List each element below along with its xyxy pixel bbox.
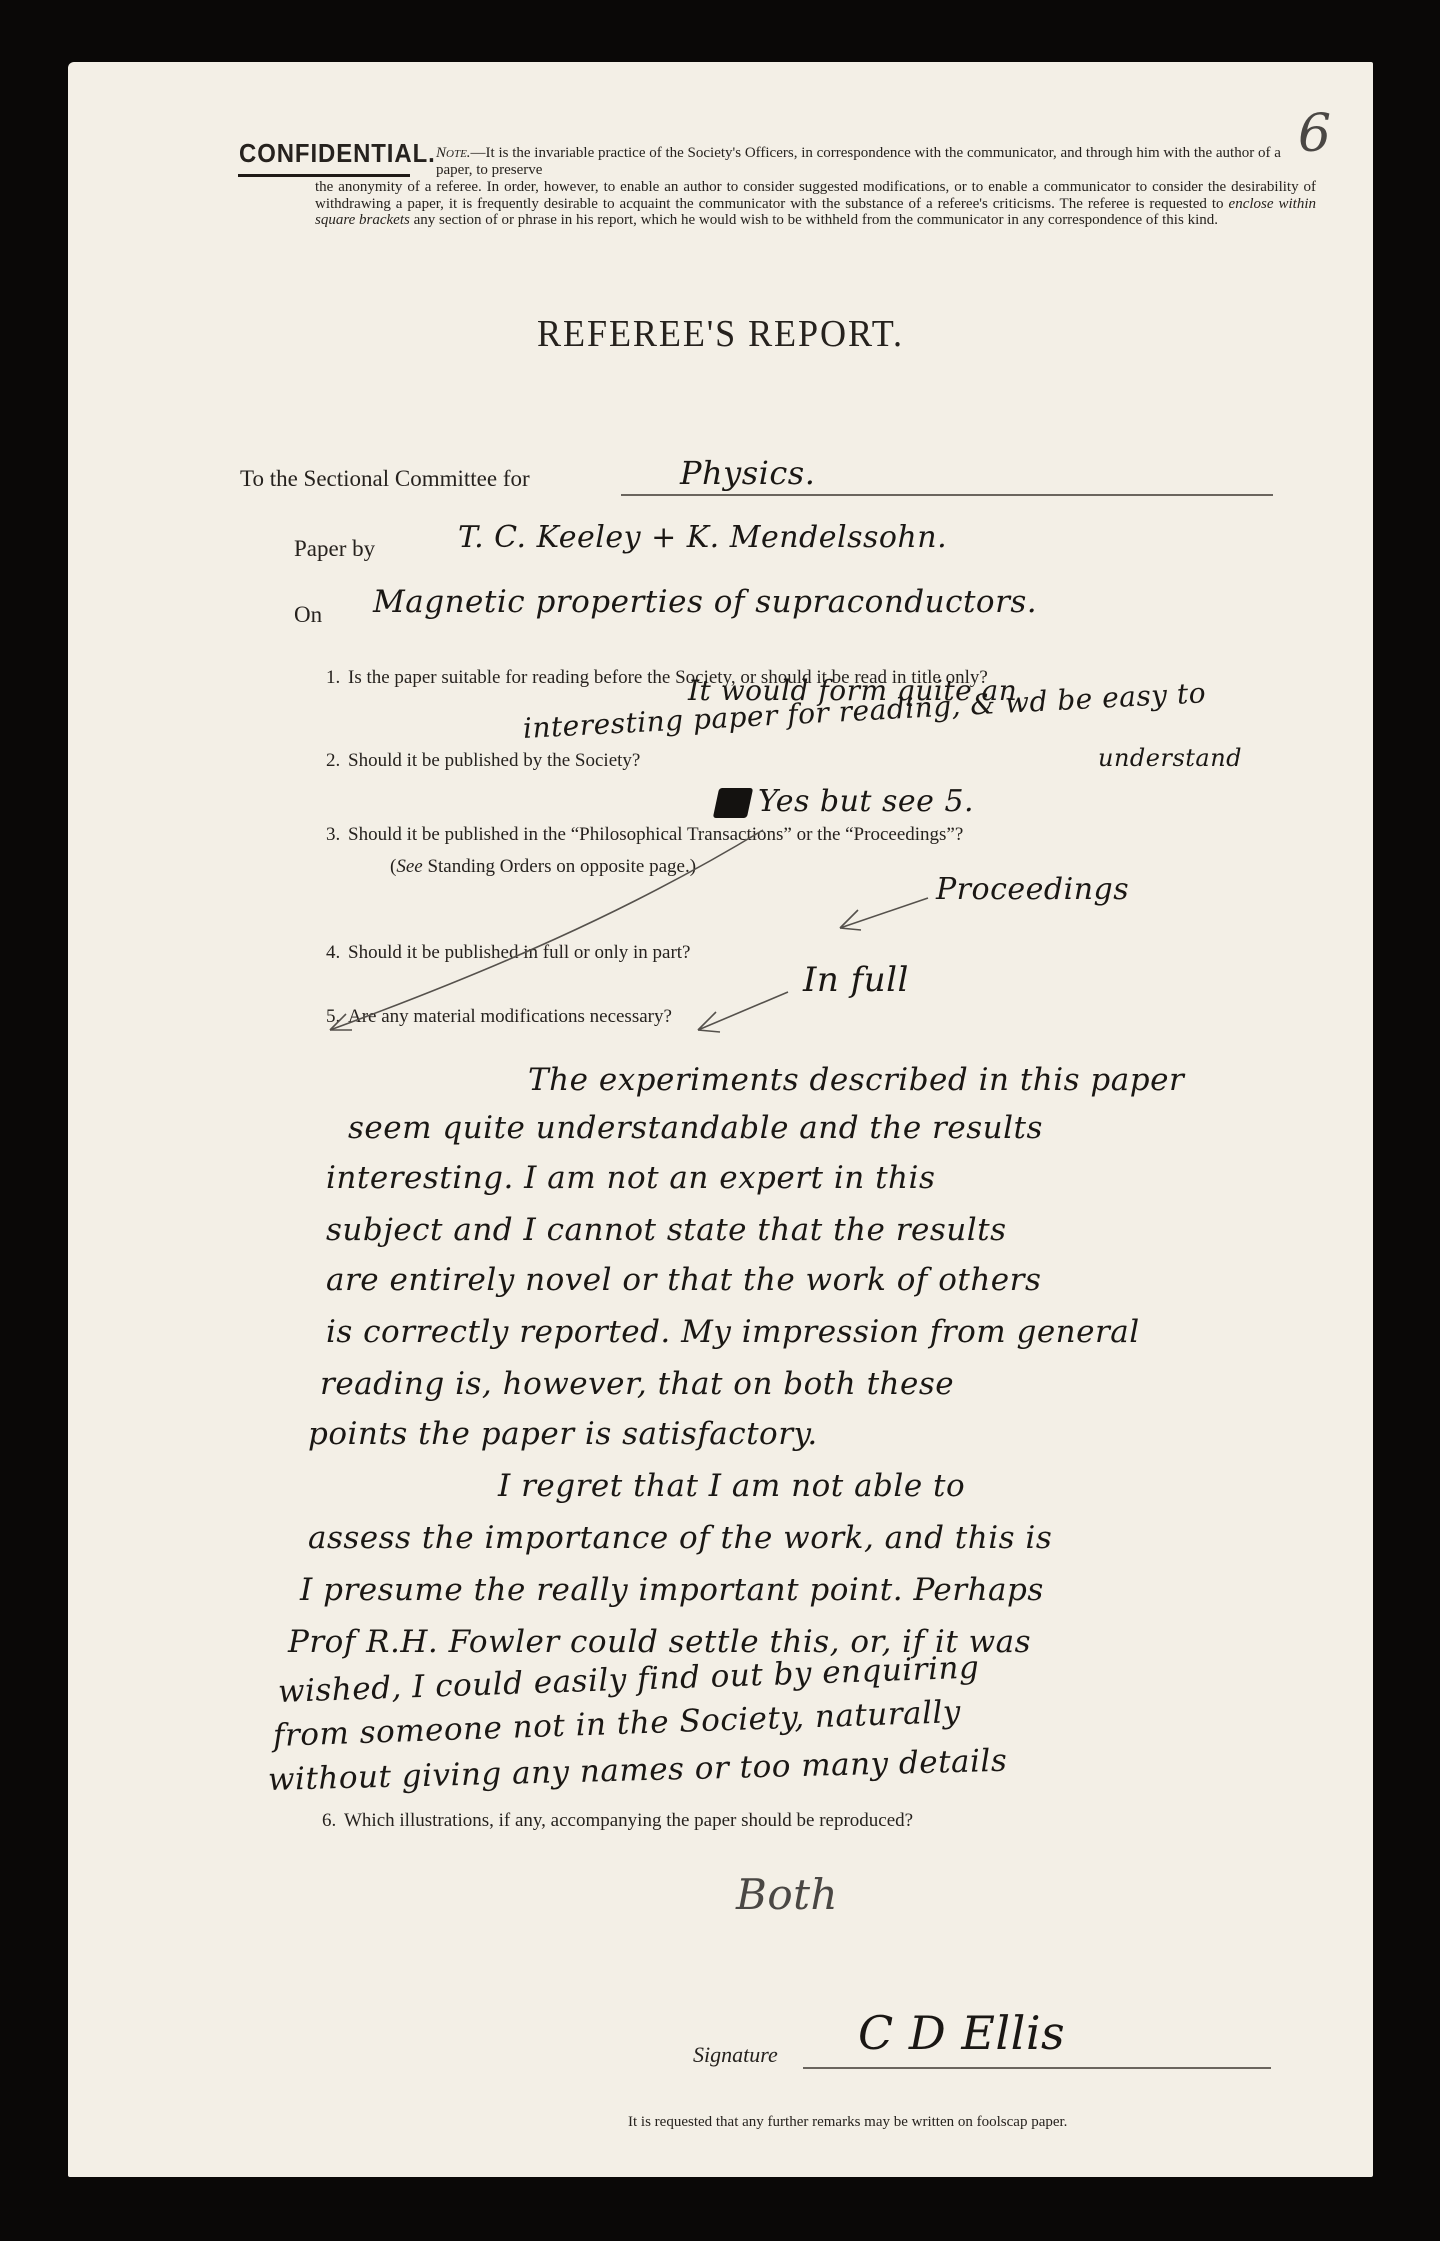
scribbled-out-word xyxy=(713,788,753,818)
question-3-note: (See Standing Orders on opposite page.) xyxy=(390,856,696,878)
answer-5-line-3: interesting. I am not an expert in this xyxy=(326,1160,935,1196)
question-5: 5.Are any material modifications necessa… xyxy=(326,1006,672,1028)
confidentiality-note-body: the anonymity of a referee. In order, ho… xyxy=(315,179,1316,229)
answer-6: Both xyxy=(736,1870,838,1919)
answer-3: Proceedings xyxy=(936,872,1129,907)
confidentiality-note-first: Note.—It is the invariable practice of t… xyxy=(436,145,1316,179)
referee-report-sheet: 6 CONFIDENTIAL. Note.—It is the invariab… xyxy=(68,62,1373,2177)
answer-5-line-9: I regret that I am not able to xyxy=(498,1468,965,1504)
signature-label: Signature xyxy=(693,2042,778,2068)
proceedings-arrow-line xyxy=(840,898,928,928)
committee-line xyxy=(621,494,1273,496)
answer-1-line-3: understand xyxy=(1098,744,1242,772)
signature-value: C D Ellis xyxy=(858,2006,1065,2060)
committee-label: To the Sectional Committee for xyxy=(240,466,530,492)
answer-5-line-7: reading is, however, that on both these xyxy=(320,1366,954,1402)
answer-5-line-4: subject and I cannot state that the resu… xyxy=(326,1212,1007,1248)
answer-5-line-6: is correctly reported. My impression fro… xyxy=(326,1314,1140,1350)
proceedings-arrow-head xyxy=(840,910,861,930)
answer-4: In full xyxy=(803,960,909,1000)
confidential-underline xyxy=(238,174,410,177)
answer-5-line-15: without giving any names or too many det… xyxy=(268,1743,1008,1798)
page-title: REFEREE'S REPORT. xyxy=(101,312,1341,356)
note-lead: Note. xyxy=(436,145,471,161)
answer-5-line-2: seem quite understandable and the result… xyxy=(348,1110,1043,1146)
answer-5-line-5: are entirely novel or that the work of o… xyxy=(326,1262,1041,1298)
note-first-line: —It is the invariable practice of the So… xyxy=(436,145,1281,178)
note-body-1: the anonymity of a referee. In order, ho… xyxy=(315,179,1316,212)
answer-5-line-8: points the paper is satisfactory. xyxy=(308,1416,818,1452)
committee-value: Physics. xyxy=(680,454,815,492)
on-label: On xyxy=(294,602,322,628)
in-full-arrow-head xyxy=(698,1012,720,1032)
confidential-label: CONFIDENTIAL. xyxy=(239,138,436,169)
note-body-2: any section of or phrase in his report, … xyxy=(414,212,1218,228)
question-3: 3.Should it be published in the “Philoso… xyxy=(326,824,963,846)
question-4: 4.Should it be published in full or only… xyxy=(326,942,691,964)
signature-line xyxy=(803,2067,1271,2069)
paper-by-label: Paper by xyxy=(294,536,375,562)
question-2: 2.Should it be published by the Society? xyxy=(326,750,640,772)
answer-5-line-10: assess the importance of the work, and t… xyxy=(308,1520,1052,1556)
answer-2: Yes but see 5. xyxy=(758,784,974,819)
on-value: Magnetic properties of supraconductors. xyxy=(373,584,1037,620)
in-full-arrow-line xyxy=(698,992,788,1030)
answer-5-line-11: I presume the really important point. Pe… xyxy=(300,1572,1044,1608)
question-6: 6.Which illustrations, if any, accompany… xyxy=(322,1810,913,1832)
answer-5-line-1: The experiments described in this paper xyxy=(528,1062,1184,1098)
paper-by-value: T. C. Keeley + K. Mendelssohn. xyxy=(458,520,947,555)
footer-note: It is requested that any further remarks… xyxy=(628,2114,1067,2131)
